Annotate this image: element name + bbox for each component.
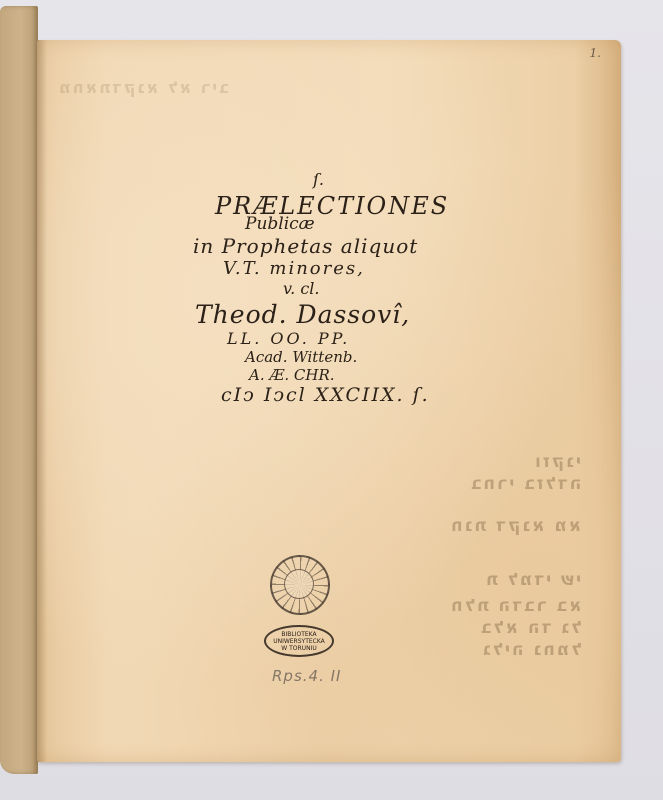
date-line: cIↄ Iↄcl XXCIIX. ſ. xyxy=(187,384,517,406)
bleed-through-line-4: ת למדי שי xyxy=(484,570,581,590)
bleed-through-line-3: חנת דקנא מא xyxy=(449,516,581,536)
shelfmark: Rps.4. II xyxy=(272,667,341,685)
title-block: ſ. PRÆLECTIONES Publicæ in Prophetas ali… xyxy=(187,170,517,406)
author-degrees: LL. OO. PP. xyxy=(187,329,517,348)
spine-shadow xyxy=(37,40,47,762)
title-line-prophets: in Prophetas aliquot xyxy=(187,234,517,258)
bleed-through-top: מחאתדקנא לא ריב xyxy=(57,78,229,97)
manuscript-page: 1. מחאתדקנא לא ריב ſ. PRÆLECTIONES Publi… xyxy=(37,40,621,762)
oval-library-stamp: BIBLIOTEKA UNIWERSYTECKA W TORUNIU xyxy=(264,625,334,657)
academy-line: Acad. Wittenb. xyxy=(187,348,517,366)
oval-stamp-line-1: BIBLIOTEKA xyxy=(266,631,332,638)
title-line-minores: V.T. minores, xyxy=(187,258,517,279)
folio-number: 1. xyxy=(590,46,601,60)
book-cover-edge xyxy=(0,6,38,774)
author-name: Theod. Dassovî, xyxy=(187,300,517,329)
bleed-through-line-6: בלא הד גל xyxy=(479,618,581,638)
bleed-through-line-1: וזקני xyxy=(533,452,581,472)
stamp-wheel-center xyxy=(284,569,314,599)
era-line: A. Æ. CHR. xyxy=(187,366,517,384)
bleed-through-line-5: חלת הדבר בא xyxy=(449,596,581,616)
bleed-through-line-7: גליה נחמל xyxy=(481,640,581,660)
oval-stamp-line-2: UNIWERSYTECKA xyxy=(266,638,332,645)
title-line-vcl: v. cl. xyxy=(187,279,517,298)
bleed-through-line-2: בחרי בזלדה xyxy=(469,474,581,494)
title-mark: ſ. xyxy=(187,170,517,192)
round-library-stamp xyxy=(270,555,330,615)
oval-stamp-line-3: W TORUNIU xyxy=(266,645,332,652)
